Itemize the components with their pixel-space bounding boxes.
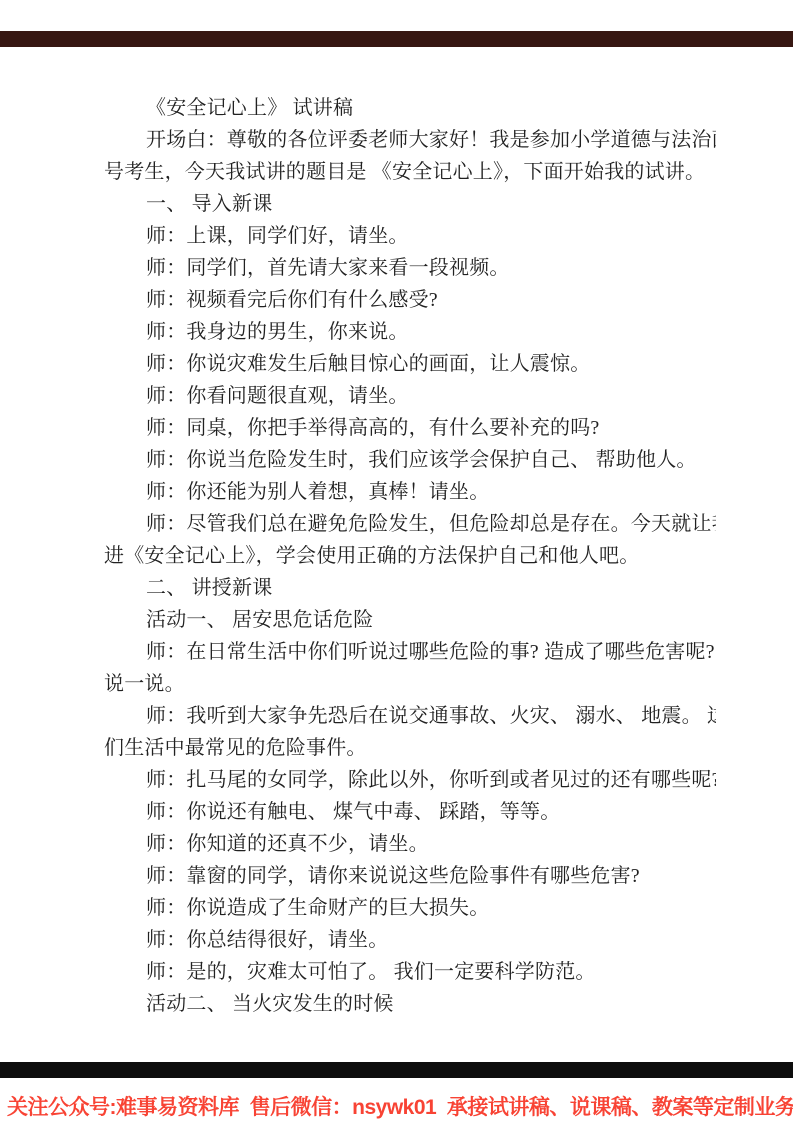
text-line: 师：你总结得很好，请坐。 [104,924,716,956]
text-line: 师：我听到大家争先恐后在说交通事故、火灾、 溺水、 地震。 这些都是我 [104,700,716,732]
text-line: 师：同桌，你把手举得高高的，有什么要补充的吗? [104,412,716,444]
text-line: 二、 讲授新课 [104,572,716,604]
text-line: 师：同学们，首先请大家来看一段视频。 [104,252,716,284]
text-line: 开场白：尊敬的各位评委老师大家好！我是参加小学道德与法治面试的 03 [104,124,716,156]
text-line: 活动二、 当火灾发生的时候 [104,988,716,1020]
text-line: 师：你说还有触电、 煤气中毒、 踩踏，等等。 [104,796,716,828]
text-line: 师：你知道的还真不少，请坐。 [104,828,716,860]
text-line: 师：在日常生活中你们听说过哪些危险的事? 造成了哪些危害呢? 请同学们 [104,636,716,668]
text-line: 活动一、 居安思危话危险 [104,604,716,636]
document-content: 《安全记心上》 试讲稿 开场白：尊敬的各位评委老师大家好！我是参加小学道德与法治… [104,92,716,1020]
promo-footer-text: 关注公众号:难事易资料库 售后微信：nsywk01 承接试讲稿、说课稿、教案等定… [7,1091,793,1121]
document-page: 《安全记心上》 试讲稿 开场白：尊敬的各位评委老师大家好！我是参加小学道德与法治… [0,0,793,1122]
bottom-dark-bar [0,1062,793,1078]
text-line: 师：尽管我们总在避免危险发生，但危险却总是存在。今天就让我们一起走 [104,508,716,540]
text-line: 进《安全记心上》，学会使用正确的方法保护自己和他人吧。 [104,540,716,572]
top-dark-bar [0,31,793,47]
text-line: 师：你还能为别人着想，真棒！请坐。 [104,476,716,508]
text-line: 师：我身边的男生，你来说。 [104,316,716,348]
text-line: 号考生，今天我试讲的题目是 《安全记心上》，下面开始我的试讲。 [104,156,716,188]
text-line: 师：你说当危险发生时，我们应该学会保护自己、 帮助他人。 [104,444,716,476]
text-line: 说一说。 [104,668,716,700]
text-line: 师：视频看完后你们有什么感受? [104,284,716,316]
text-line: 师：你说造成了生命财产的巨大损失。 [104,892,716,924]
text-line: 师：扎马尾的女同学，除此以外，你听到或者见过的还有哪些呢? [104,764,716,796]
text-line: 师：你看问题很直观，请坐。 [104,380,716,412]
text-line: 师：是的，灾难太可怕了。 我们一定要科学防范。 [104,956,716,988]
text-line: 师：靠窗的同学，请你来说说这些危险事件有哪些危害? [104,860,716,892]
text-line: 们生活中最常见的危险事件。 [104,732,716,764]
text-line: 师：上课，同学们好，请坐。 [104,220,716,252]
document-title: 《安全记心上》 试讲稿 [104,92,716,124]
text-line: 师：你说灾难发生后触目惊心的画面，让人震惊。 [104,348,716,380]
text-line: 一、 导入新课 [104,188,716,220]
